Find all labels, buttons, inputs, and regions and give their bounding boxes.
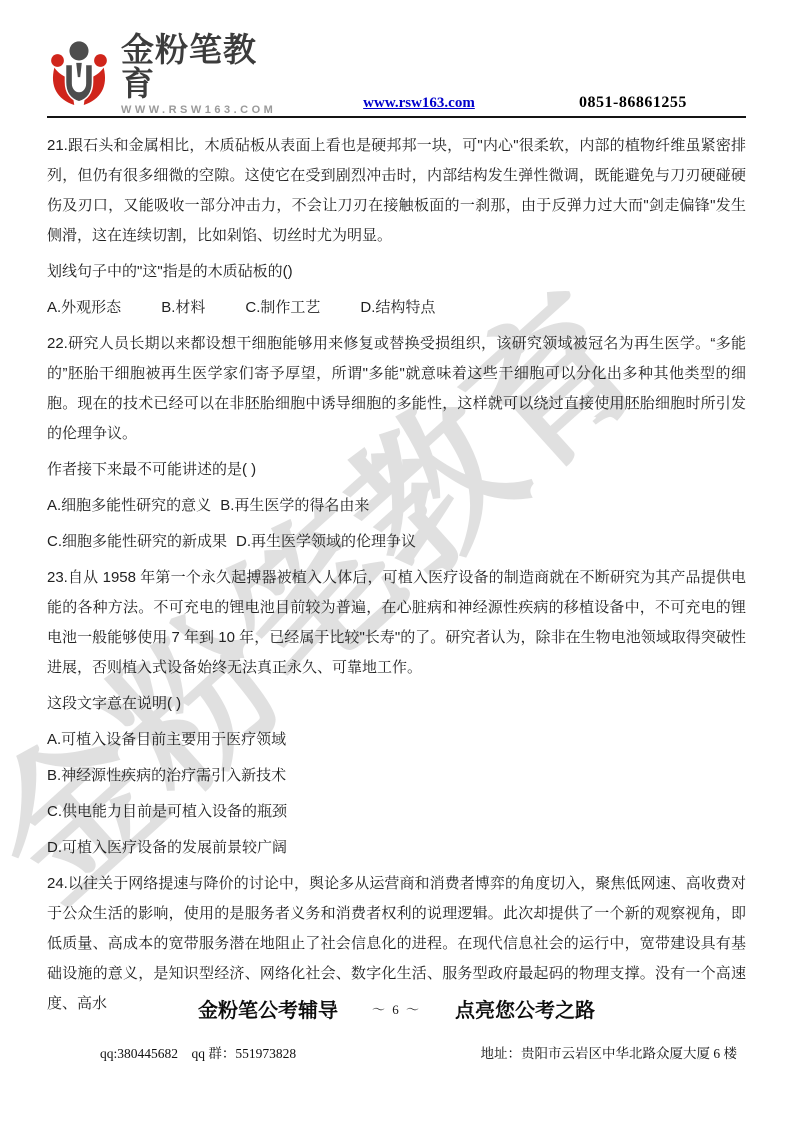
question-22-options-cd: C.细胞多能性研究的新成果 D.再生医学领域的伦理争议	[47, 527, 746, 557]
footer-address: 地址：贵阳市云岩区中华北路众厦大厦 6 楼	[481, 1042, 738, 1062]
option-d: D.结构特点	[360, 293, 435, 323]
brand-logo: 金粉笔教育 WWW.RSW163.COM	[47, 33, 277, 116]
header-link-zone: www.rsw163.com	[277, 94, 561, 116]
footer-slogan-left: 金粉笔公考辅导	[198, 994, 338, 1023]
question-22-prompt: 作者接下来最不可能讲述的是( )	[47, 455, 746, 485]
question-23-option-d: D.可植入医疗设备的发展前景较广阔	[47, 833, 746, 863]
page-number: ～ 6 ～	[372, 999, 421, 1018]
brand-logo-icon	[47, 39, 111, 109]
footer-qq: qq:380445682 qq 群：551973828	[100, 1042, 296, 1062]
question-list: 21.跟石头和金属相比，木质砧板从表面上看也是硬邦邦一块，可"内心"很柔软，内部…	[47, 131, 746, 1019]
option-c: C.细胞多能性研究的新成果	[47, 527, 227, 557]
brand-name: 金粉笔教育	[121, 33, 277, 102]
question-23: 23.自从 1958 年第一个永久起搏器被植入人体后，可植入医疗设备的制造商就在…	[47, 563, 746, 863]
question-23-prompt: 这段文字意在说明( )	[47, 689, 746, 719]
footer-slogan-right: 点亮您公考之路	[455, 994, 595, 1023]
question-23-option-b: B.神经源性疾病的治疗需引入新技术	[47, 761, 746, 791]
option-d: D.可植入医疗设备的发展前景较广阔	[47, 833, 287, 863]
option-c: C.制作工艺	[245, 293, 320, 323]
option-b: B.神经源性疾病的治疗需引入新技术	[47, 761, 286, 791]
page-header: 金粉笔教育 WWW.RSW163.COM www.rsw163.com 0851…	[47, 42, 746, 116]
brand-text: 金粉笔教育 WWW.RSW163.COM	[121, 33, 277, 116]
option-b: B.再生医学的得名由来	[220, 491, 369, 521]
question-21-options: A.外观形态 B.材料 C.制作工艺 D.结构特点	[47, 293, 746, 323]
footer-slogan: 金粉笔公考辅导 ～ 6 ～ 点亮您公考之路	[0, 994, 793, 1023]
question-23-body: 23.自从 1958 年第一个永久起搏器被植入人体后，可植入医疗设备的制造商就在…	[47, 563, 746, 683]
header-phone-zone: 0851-86861255	[561, 94, 746, 116]
question-21: 21.跟石头和金属相比，木质砧板从表面上看也是硬邦邦一块，可"内心"很柔软，内部…	[47, 131, 746, 323]
option-a: A.外观形态	[47, 293, 121, 323]
question-21-body: 21.跟石头和金属相比，木质砧板从表面上看也是硬邦邦一块，可"内心"很柔软，内部…	[47, 131, 746, 251]
phone-number: 0851-86861255	[579, 94, 687, 111]
question-21-prompt: 划线句子中的"这"指是的木质砧板的()	[47, 257, 746, 287]
question-22-options-ab: A.细胞多能性研究的意义 B.再生医学的得名由来	[47, 491, 746, 521]
option-a: A.可植入设备目前主要用于医疗领域	[47, 725, 286, 755]
option-c: C.供电能力目前是可植入设备的瓶颈	[47, 797, 287, 827]
question-23-option-a: A.可植入设备目前主要用于医疗领域	[47, 725, 746, 755]
option-d: D.再生医学领域的伦理争议	[236, 527, 416, 557]
footer-contact: qq:380445682 qq 群：551973828 地址：贵阳市云岩区中华北…	[100, 1042, 737, 1062]
option-b: B.材料	[161, 293, 205, 323]
option-a: A.细胞多能性研究的意义	[47, 491, 211, 521]
question-22: 22.研究人员长期以来都设想干细胞能够用来修复或替换受损组织，该研究领域被冠名为…	[47, 329, 746, 557]
header-divider	[47, 116, 746, 118]
question-23-option-c: C.供电能力目前是可植入设备的瓶颈	[47, 797, 746, 827]
document-page: 金粉笔教育 金粉笔教育 WWW.RSW163.COM	[0, 0, 793, 1122]
website-link[interactable]: www.rsw163.com	[363, 95, 475, 111]
question-22-body: 22.研究人员长期以来都设想干细胞能够用来修复或替换受损组织，该研究领域被冠名为…	[47, 329, 746, 449]
brand-site-url: WWW.RSW163.COM	[121, 104, 277, 116]
